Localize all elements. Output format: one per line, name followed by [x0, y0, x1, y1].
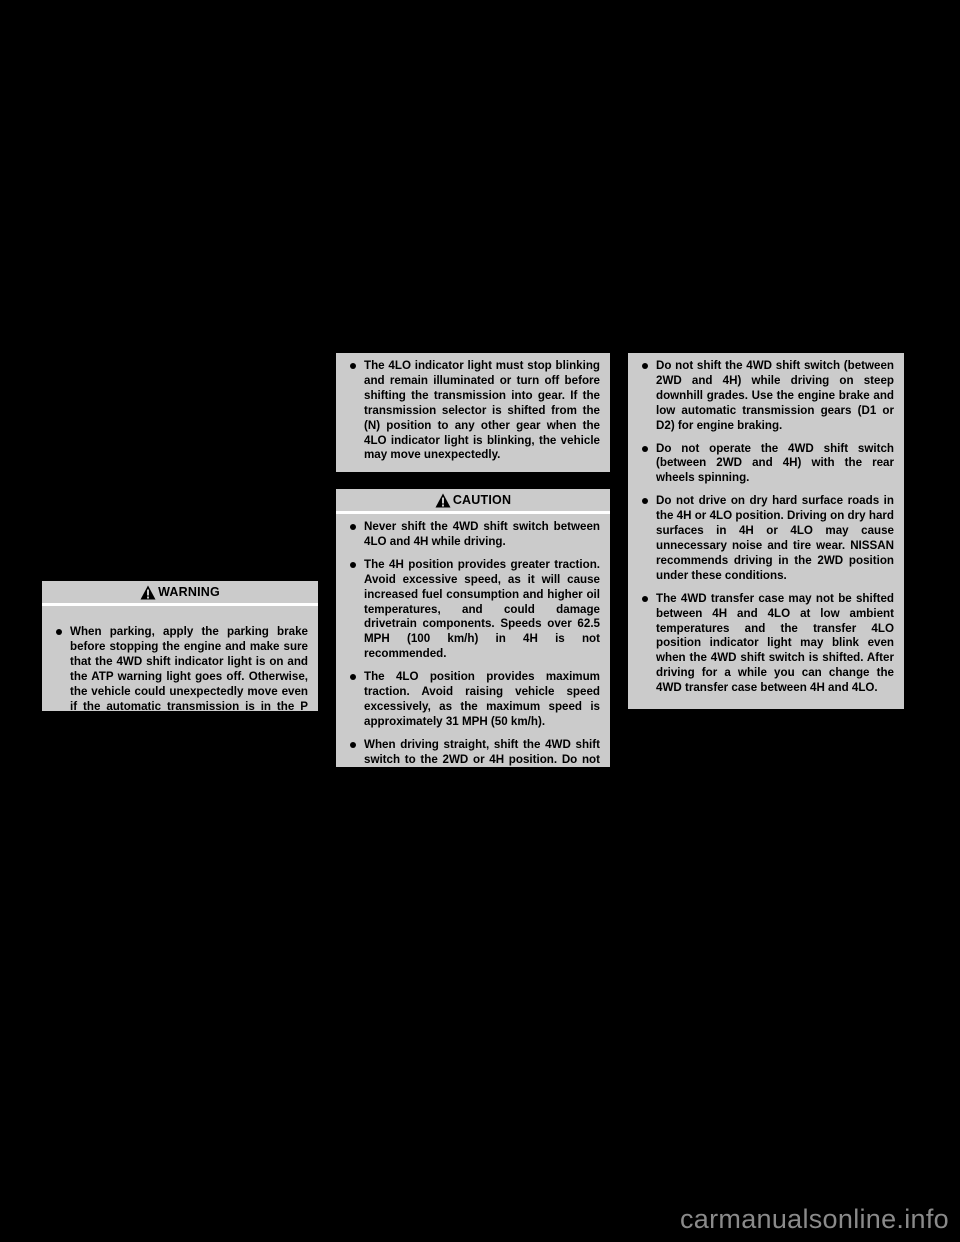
- watermark: carmanualsonline.info: [680, 1204, 949, 1235]
- warning-title: WARNING: [158, 585, 220, 599]
- caution-title: CAUTION: [453, 493, 511, 507]
- caution-item: The 4LO position provides maximum tracti…: [350, 670, 600, 730]
- caution-item: The 4H position provides greater tractio…: [350, 558, 600, 662]
- bullet-icon: [642, 363, 648, 369]
- warning-triangle-icon: [140, 585, 156, 600]
- caution-item: Do not operate the 4WD shift switch (bet…: [642, 442, 894, 487]
- bullet-icon: [350, 524, 356, 530]
- bullet-icon: [642, 596, 648, 602]
- bullet-icon: [350, 674, 356, 680]
- bullet-icon: [56, 629, 62, 635]
- warning-continuation-box: The 4LO indicator light must stop blinki…: [336, 353, 610, 472]
- bullet-icon: [642, 446, 648, 452]
- bullet-icon: [350, 363, 356, 369]
- warning-box: WARNING When parking, apply the parking …: [42, 581, 318, 711]
- continuation-item: The 4LO indicator light must stop blinki…: [350, 359, 600, 463]
- warning-header: WARNING: [42, 581, 318, 606]
- bullet-icon: [642, 498, 648, 504]
- caution-item: Never shift the 4WD shift switch between…: [350, 520, 600, 550]
- warning-item: When parking, apply the parking brake be…: [56, 625, 308, 729]
- warning-triangle-icon: [435, 493, 451, 508]
- caution-continuation-box: Do not shift the 4WD shift switch (betwe…: [628, 353, 904, 709]
- bullet-icon: [350, 742, 356, 748]
- caution-item: The 4WD transfer case may not be shifted…: [642, 592, 894, 696]
- caution-header: CAUTION: [336, 489, 610, 514]
- caution-box: CAUTION Never shift the 4WD shift switch…: [336, 489, 610, 767]
- caution-item: When driving straight, shift the 4WD shi…: [350, 738, 600, 798]
- bullet-icon: [350, 562, 356, 568]
- caution-item: Do not shift the 4WD shift switch (betwe…: [642, 359, 894, 434]
- caution-item: Do not drive on dry hard surface roads i…: [642, 494, 894, 583]
